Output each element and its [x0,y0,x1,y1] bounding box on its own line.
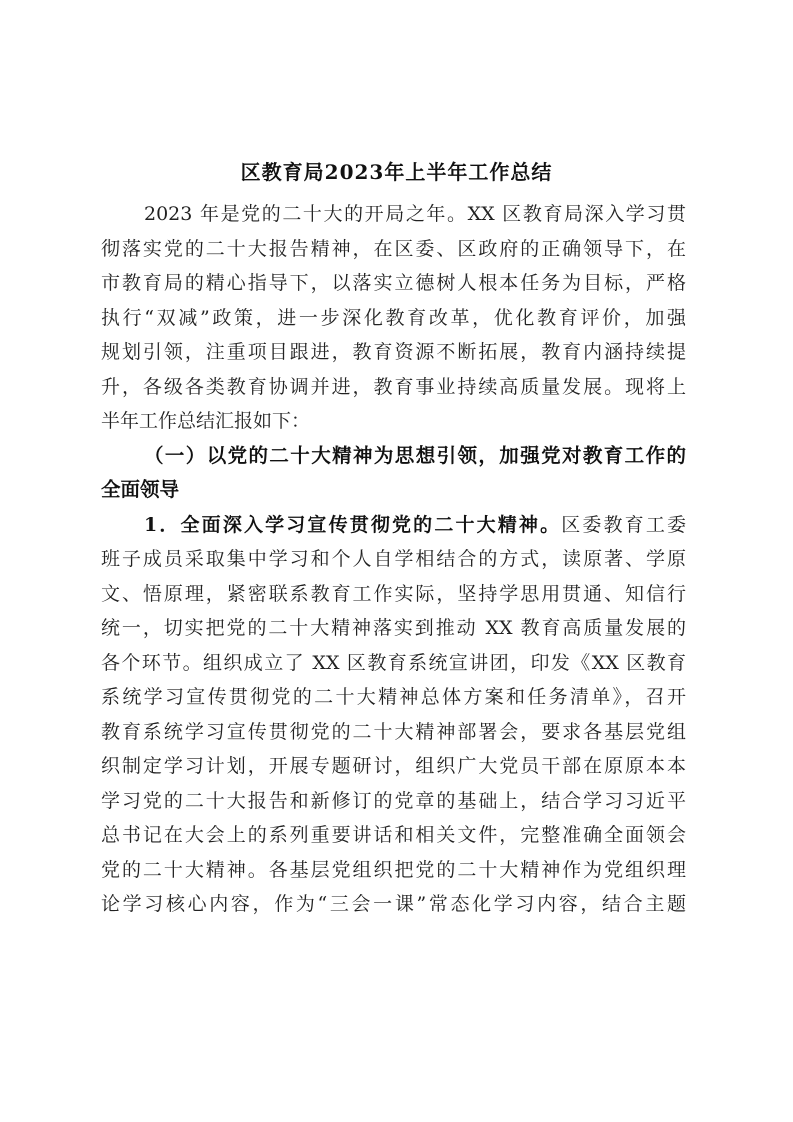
text-line: 党的二十大精神。各基层党组织把党的二十大精神作为党组织理 [101,853,686,888]
text-line: 教育系统学习宣传贯彻党的二十大精神部署会，要求各基层党组 [101,715,686,750]
document-page: 区教育局2023年上半年工作总结 2023 年是党的二十大的开局之年。XX 区教… [0,0,793,1122]
text-line: 市教育局的精心指导下，以落实立德树人根本任务为目标，严格 [101,266,686,301]
text-line: 论学习核心内容，作为“三会一课”常态化学习内容，结合主题 [101,887,686,922]
item-1-lead: 1．全面深入学习宣传贯彻党的二十大精神。 [144,514,561,536]
text-line: 统一，切实把党的二十大精神落实到推动 XX 教育高质量发展的 [101,611,686,646]
text-line: 文、悟原理，紧密联系教育工作实际，坚持学思用贯通、知信行 [101,577,686,612]
text-line: 执行“双减”政策，进一步深化教育改革，优化教育评价，加强 [101,301,686,336]
document-body: 2023 年是党的二十大的开局之年。XX 区教育局深入学习贯 彻落实党的二十大报… [101,197,686,922]
text-line: 升，各级各类教育协调并进，教育事业持续高质量发展。现将上 [101,370,686,405]
text-line: 半年工作总结汇报如下： [101,404,686,439]
heading-line: 全面领导 [101,473,686,508]
text-line: 班子成员采取集中学习和个人自学相结合的方式，读原著、学原 [101,542,686,577]
intro-paragraph: 2023 年是党的二十大的开局之年。XX 区教育局深入学习贯 彻落实党的二十大报… [101,197,686,439]
text-line: 各个环节。组织成立了 XX 区教育系统宣讲团，印发《XX 区教育 [101,646,686,681]
section-heading: （一）以党的二十大精神为思想引领，加强党对教育工作的 全面领导 [101,439,686,508]
text-line: 彻落实党的二十大报告精神，在区委、区政府的正确领导下，在 [101,232,686,267]
item-1-paragraph: 1．全面深入学习宣传贯彻党的二十大精神。区委教育工委 班子成员采取集中学习和个人… [101,508,686,922]
text-line: 织制定学习计划，开展专题研讨，组织广大党员干部在原原本本 [101,749,686,784]
text-line: 总书记在大会上的系列重要讲话和相关文件，完整准确全面领会 [101,818,686,853]
heading-line: （一）以党的二十大精神为思想引领，加强党对教育工作的 [101,439,686,474]
item-1-lead-tail: 区委教育工委 [561,514,686,536]
text-line: 学习党的二十大报告和新修订的党章的基础上，结合学习习近平 [101,784,686,819]
text-line: 规划引领，注重项目跟进，教育资源不断拓展，教育内涵持续提 [101,335,686,370]
text-line: 2023 年是党的二十大的开局之年。XX 区教育局深入学习贯 [101,197,686,232]
text-line: 系统学习宣传贯彻党的二十大精神总体方案和任务清单》，召开 [101,680,686,715]
text-line: 1．全面深入学习宣传贯彻党的二十大精神。区委教育工委 [101,508,686,543]
document-title: 区教育局2023年上半年工作总结 [0,158,793,186]
